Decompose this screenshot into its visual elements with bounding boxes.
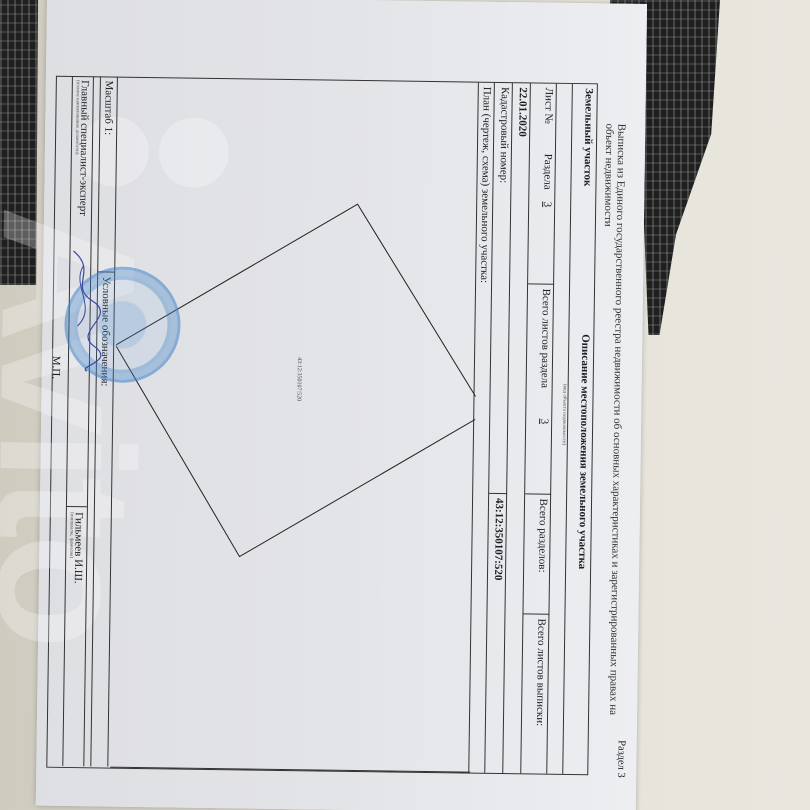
extract-date: 22.01.2020 [516, 87, 529, 137]
total-sheets-section-label: Всего листов раздела [539, 289, 552, 389]
signer-position-caption: (полное наименование должности) [74, 80, 80, 154]
total-sheets-extract-label: Всего листов выписки: [534, 619, 548, 727]
document-title: Выписка из Единого государственного реес… [595, 123, 627, 723]
cadastral-label: Кадастровый номер: [497, 87, 510, 183]
document-subtitle: Описание местоположения земельного участ… [576, 334, 591, 569]
object-type-caption: (вид объекта недвижимости) [561, 384, 567, 445]
cadastral-number: 43:12:350107:520 [492, 498, 505, 581]
parcel-label: 43:12:350107:520 [295, 357, 302, 401]
total-sections-label: Всего разделов: [536, 499, 549, 573]
section-of-label: Раздела [541, 154, 554, 190]
black-mesh-fabric-left [0, 0, 38, 285]
scale-label: Масштаб 1: [102, 80, 115, 135]
seal-mark: М.П. [50, 356, 62, 379]
document-sheet: Выписка из Единого государственного реес… [36, 0, 647, 810]
signer-name: Гильмеев И.Ш. [72, 512, 85, 584]
parcel-boundary: 43:12:350107:520 [110, 77, 480, 772]
section-label: Раздел 3 [615, 740, 627, 778]
document-photo: Выписка из Единого государственного реес… [35, 0, 655, 810]
object-type: Земельный участок [581, 88, 594, 186]
plan-label: План (чертеж, схема) земельного участка: [478, 87, 493, 284]
signature-scribble [62, 246, 104, 377]
sheet-label: Лист № [542, 88, 555, 124]
plan-drawing-area: 43:12:350107:520 Avito [110, 77, 480, 773]
signer-name-caption: (инициалы, фамилия) [68, 512, 74, 558]
total-sheets-section-value: 3 [538, 419, 550, 425]
section-number: 3 [541, 202, 553, 208]
